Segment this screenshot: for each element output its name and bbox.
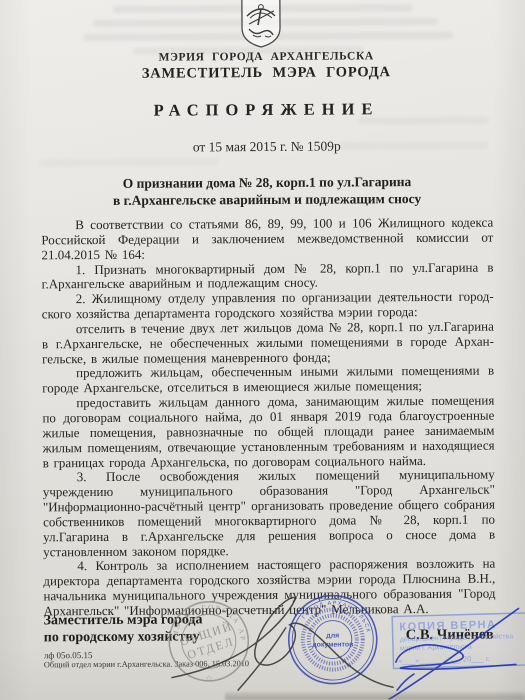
org-name-line1: МЭРИЯ ГОРОДА АРХАНГЕЛЬСКА	[40, 50, 492, 65]
document-body: В соответствии со статьями 86, 89, 99, 1…	[41, 216, 495, 620]
body-paragraph: предоставить жильцам данного дома, заним…	[42, 394, 494, 471]
document-title: О признании дома № 28, корп.1 по ул.Гага…	[41, 174, 493, 210]
body-paragraph: 1. Признать многоквартирный дом № 28, ко…	[41, 260, 493, 292]
body-paragraph: предложить жильцам, обеспеченным иными ж…	[42, 364, 494, 396]
body-paragraph: В соответствии со статьями 86, 89, 99, 1…	[41, 216, 493, 263]
document-content: МЭРИЯ ГОРОДА АРХАНГЕЛЬСКА ЗАМЕСТИТЕЛЬ МЭ…	[0, 0, 525, 700]
document-date-number: от 15 мая 2015 г. № 1509р	[41, 138, 493, 157]
body-paragraph: 4. Контроль за исполнением настоящего ра…	[43, 557, 495, 619]
bleedthrough-ghost	[39, 158, 219, 166]
document-page: МЭРИЯ ГОРОДА АРХАНГЕЛЬСКА ЗАМЕСТИТЕЛЬ МЭ…	[0, 0, 525, 700]
paper-edge-shadow	[225, 692, 525, 700]
signer-position-line1: Заместитель мэра города	[44, 612, 203, 629]
org-name-line2: ЗАМЕСТИТЕЛЬ МЭРА ГОРОДА	[40, 64, 492, 84]
document-type-heading: РАСПОРЯЖЕНИЕ	[40, 99, 492, 122]
signer-name: С.В. Чинёнов	[406, 627, 494, 645]
document-title-line2: в г.Архангельске аварийным и подлежащим …	[41, 190, 493, 209]
copy-stamp-date-line: «___»__________ 20___ г.	[398, 654, 490, 665]
coat-of-arms-icon	[237, 0, 283, 50]
stamp-star: ☆	[205, 673, 213, 683]
body-paragraph: 2. Жилищному отделу управления по органи…	[42, 290, 494, 322]
stamp-center-line2: документов	[312, 641, 354, 648]
signer-position-line2: по городскому хозяйству	[44, 629, 203, 646]
reference-code: лф 05о.05.15	[44, 650, 93, 660]
body-paragraph: отселить в течение двух лет жильцов дома…	[42, 319, 494, 366]
body-paragraph: 3. После освобождения жилых помещений му…	[43, 468, 496, 560]
print-shop-note: Общий отдел мэрии г.Архангельска. Заказ …	[44, 659, 249, 669]
signer-position: Заместитель мэра города по городскому хо…	[44, 612, 203, 646]
blue-ink-signature	[387, 608, 520, 700]
stamp-center-line1: для	[326, 633, 339, 640]
copy-stamp-line3: мэрии г. Архангельска	[400, 643, 472, 652]
